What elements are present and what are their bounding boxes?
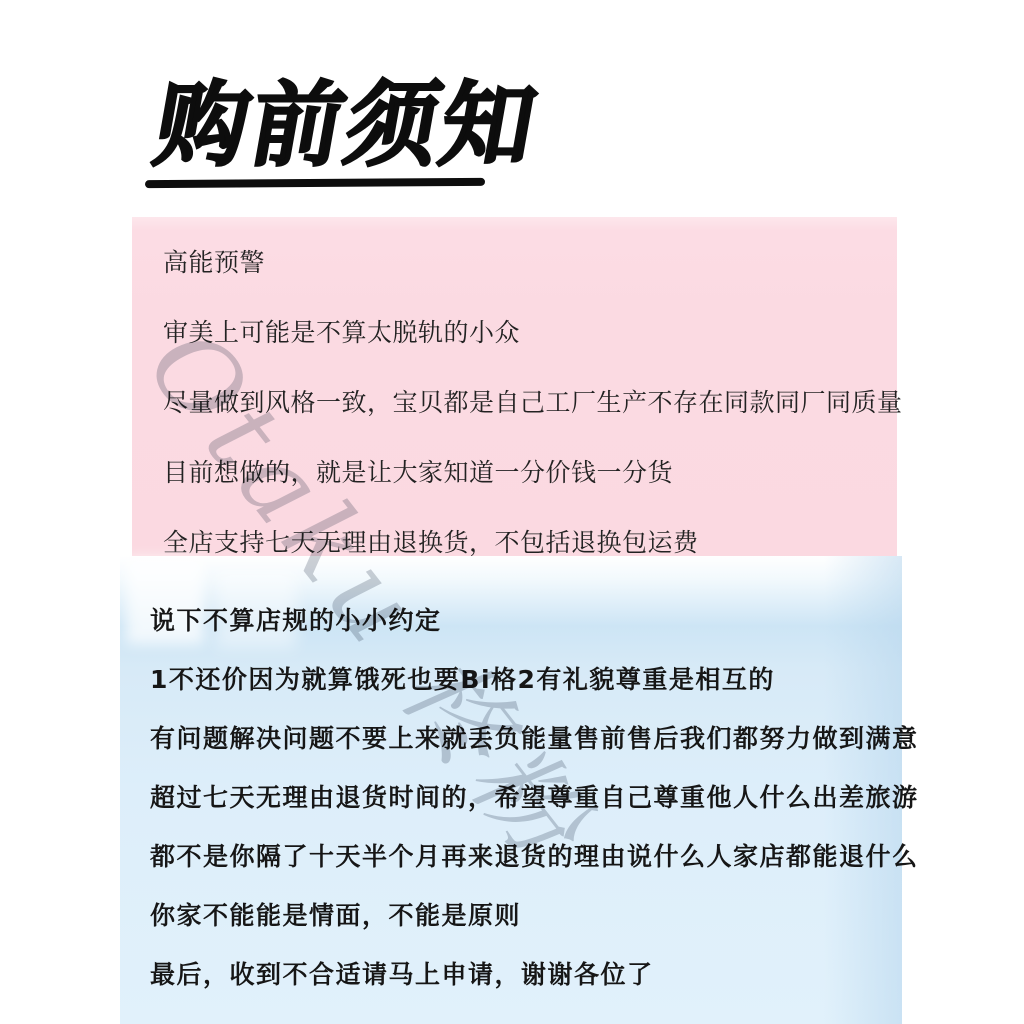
notice-line: 目前想做的，就是让大家知道一分价钱一分货 xyxy=(163,460,879,486)
pre-purchase-notice-panel: 高能预警 审美上可能是不算太脱轨的小众 尽量做到风格一致，宝贝都是自己工厂生产不… xyxy=(132,217,897,558)
rule-line: 有问题解决问题不要上来就丢负能量售前售后我们都努力做到满意 xyxy=(150,726,886,752)
shop-rules-lines: 说下不算店规的小小约定 1不还价因为就算饿死也要Bi格2有礼貌尊重是相互的 有问… xyxy=(120,556,902,988)
rule-line: 你家不能能是情面，不能是原则 xyxy=(150,903,886,929)
notice-line: 全店支持七天无理由退换货，不包括退换包运费 xyxy=(163,530,879,556)
rule-line: 都不是你隔了十天半个月再来退货的理由说什么人家店都能退什么 xyxy=(150,844,886,870)
rule-line: 说下不算店规的小小约定 xyxy=(150,608,886,634)
notice-line: 审美上可能是不算太脱轨的小众 xyxy=(163,320,879,346)
notice-line: 尽量做到风格一致，宝贝都是自己工厂生产不存在同款同厂同质量 xyxy=(163,390,879,416)
shop-rules-panel: 说下不算店规的小小约定 1不还价因为就算饿死也要Bi格2有礼貌尊重是相互的 有问… xyxy=(120,556,902,1024)
pre-purchase-notice-page: { "page_title": "购前须知", "watermark": { "… xyxy=(0,0,1024,1024)
rule-line: 超过七天无理由退货时间的，希望尊重自己尊重他人什么出差旅游 xyxy=(150,785,886,811)
title-underline xyxy=(145,178,485,188)
page-title: 购前须知 xyxy=(148,76,546,176)
rule-line: 1不还价因为就算饿死也要Bi格2有礼貌尊重是相互的 xyxy=(150,667,886,693)
rule-line: 最后，收到不合适请马上申请，谢谢各位了 xyxy=(150,962,886,988)
pre-purchase-notice-lines: 高能预警 审美上可能是不算太脱轨的小众 尽量做到风格一致，宝贝都是自己工厂生产不… xyxy=(132,217,897,556)
notice-line: 高能预警 xyxy=(163,250,879,276)
